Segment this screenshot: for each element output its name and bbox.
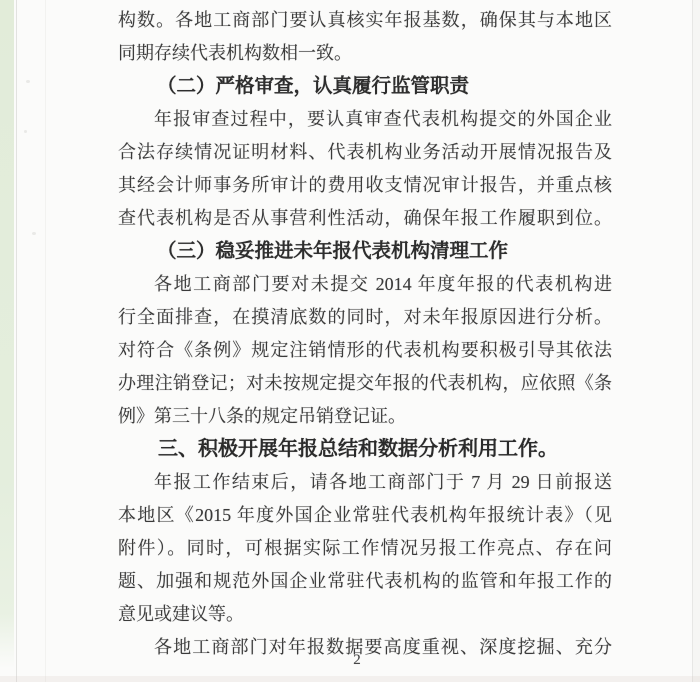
text-line: 行全面排查，在摸清底数的同时，对未年报原因进行分析。 — [118, 301, 612, 334]
text-line: 构数。各地工商部门要认真核实年报基数，确保其与本地区 — [118, 4, 612, 37]
scan-right-shade — [693, 0, 700, 682]
document-body: 构数。各地工商部门要认真核实年报基数，确保其与本地区同期存续代表机构数相一致。（… — [118, 4, 612, 664]
scan-bottom-shade — [0, 676, 700, 682]
text-line: 本地区《2015 年度外国企业常驻代表机构年报统计表》（见 — [118, 499, 612, 532]
scan-speck — [24, 130, 27, 133]
text-line: 例》第三十八条的规定吊销登记证。 — [118, 400, 612, 433]
section-heading: 三、积极开展年报总结和数据分析利用工作。 — [118, 433, 612, 466]
scan-speck — [32, 232, 36, 235]
text-line: 同期存续代表机构数相一致。 — [118, 37, 612, 70]
text-line: 查代表机构是否从事营利性活动，确保年报工作履职到位。 — [118, 202, 612, 235]
text-line: 其经会计师事务所审计的费用收支情况审计报告，并重点核 — [118, 169, 612, 202]
text-line: 附件）。同时，可根据实际工作情况另报工作亮点、存在问 — [118, 532, 612, 565]
text-line: 年报工作结束后，请各地工商部门于 7 月 29 日前报送 — [118, 466, 612, 499]
scan-fold-line — [45, 0, 46, 682]
text-line: 年报审查过程中，要认真审查代表机构提交的外国企业 — [118, 103, 612, 136]
page-left-edge-line — [16, 0, 17, 682]
text-line: 办理注销登记；对未按规定提交年报的代表机构，应依照《条 — [118, 367, 612, 400]
text-line: 意见或建议等。 — [118, 598, 612, 631]
text-line: 各地工商部门要对未提交 2014 年度年报的代表机构进 — [118, 268, 612, 301]
section-heading: （二）严格审查，认真履行监管职责 — [118, 70, 612, 103]
text-line: 合法存续情况证明材料、代表机构业务活动开展情况报告及 — [118, 136, 612, 169]
section-heading: （三）稳妥推进未年报代表机构清理工作 — [118, 235, 612, 268]
page-number: 2 — [110, 652, 604, 669]
scan-speck — [26, 80, 30, 83]
text-line: 题、加强和规范外国企业常驻代表机构的监管和年报工作的 — [118, 565, 612, 598]
scan-edge-green-strip — [0, 0, 14, 682]
text-line: 对符合《条例》规定注销情形的代表机构要积极引导其依法 — [118, 334, 612, 367]
